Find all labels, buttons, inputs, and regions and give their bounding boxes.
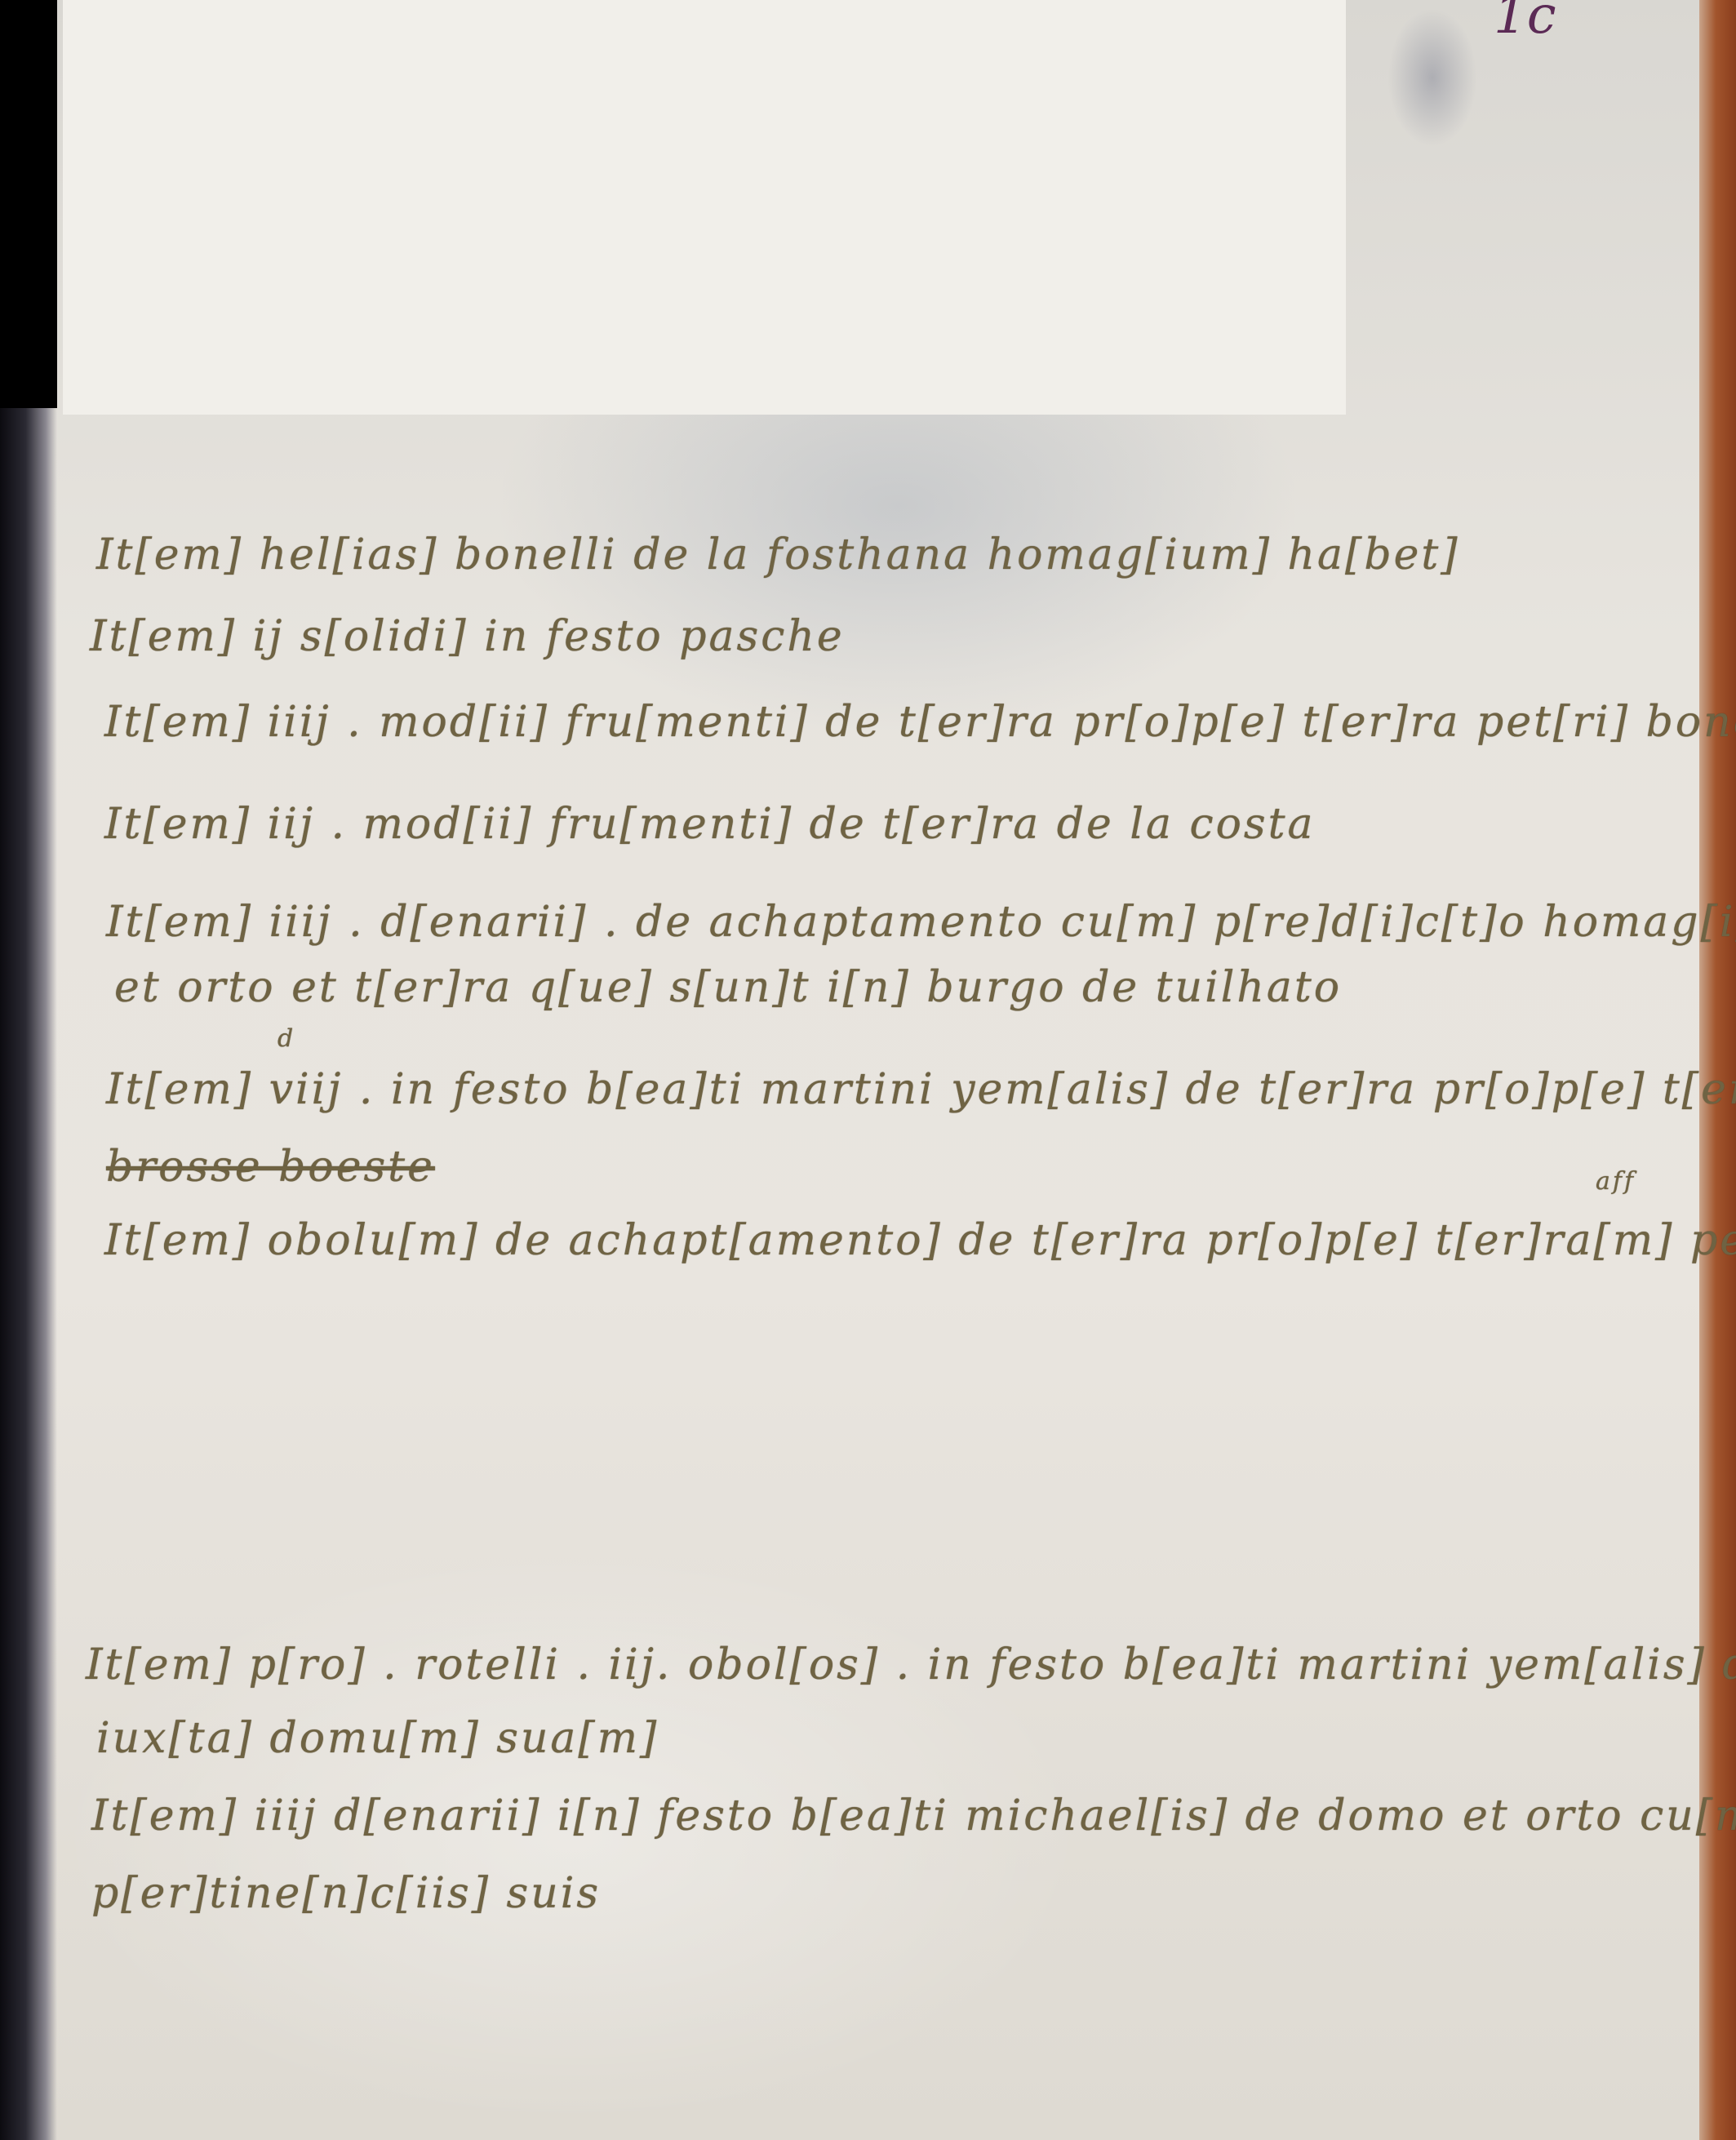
manuscript-line-11: iux[ta] domu[m] sua[m] <box>96 1714 659 1763</box>
manuscript-line-5: It[em] iiij . d[enarii] . de achaptament… <box>106 898 1736 947</box>
manuscript-line-3: It[em] iiij . mod[ii] fru[menti] de t[er… <box>104 698 1736 747</box>
manuscript-line-13: p[er]tine[n]c[iis] suis <box>91 1869 601 1918</box>
manuscript-line-12: It[em] iiij d[enarii] i[n] festo b[ea]ti… <box>91 1791 1736 1840</box>
interlinear-note-1: d <box>277 1024 295 1053</box>
folio-number: 1c <box>1494 0 1556 46</box>
manuscript-line-9: It[em] obolu[m] de achapt[amento] de t[e… <box>104 1216 1736 1265</box>
manuscript-page: 1c It[em] hel[ias] bonelli de la fosthan… <box>0 0 1736 2140</box>
ink-stain <box>1387 8 1477 147</box>
manuscript-line-7: It[em] viij . in festo b[ea]ti martini y… <box>106 1065 1736 1114</box>
manuscript-line-8-struck: brosse boeste <box>106 1143 435 1192</box>
binding-shadow <box>0 0 57 2140</box>
interlinear-note-2: aff <box>1596 1167 1636 1196</box>
manuscript-line-10: It[em] p[ro] . rotelli . iij. obol[os] .… <box>86 1641 1736 1689</box>
manuscript-line-6: et orto et t[er]ra q[ue] s[un]t i[n] bur… <box>114 963 1342 1012</box>
blank-overlay-area <box>63 0 1346 415</box>
manuscript-line-1: It[em] hel[ias] bonelli de la fosthana h… <box>96 531 1460 579</box>
manuscript-line-4: It[em] iij . mod[ii] fru[menti] de t[er]… <box>104 800 1316 849</box>
manuscript-line-2: It[em] ij s[olidi] in festo pasche <box>90 612 845 661</box>
